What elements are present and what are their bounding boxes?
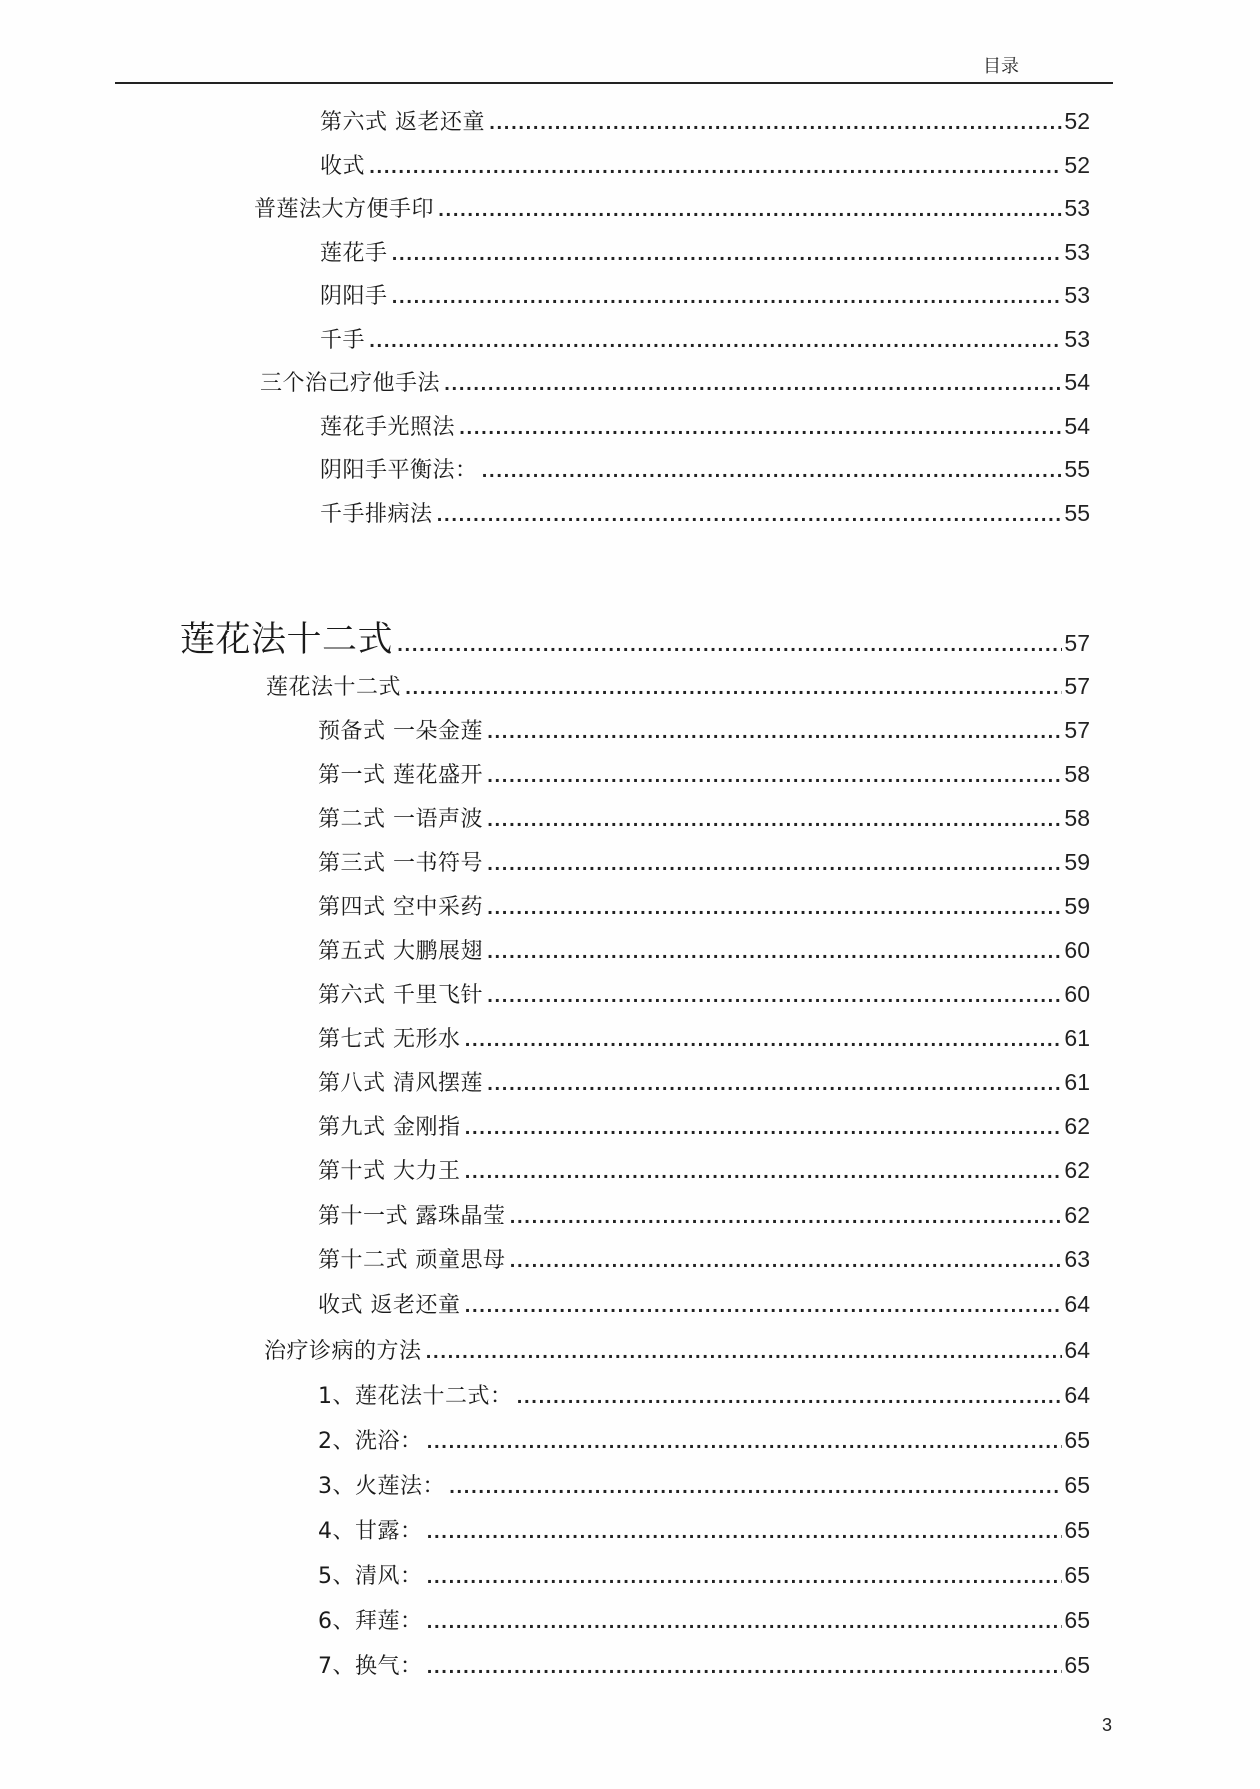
dot-leader <box>465 1119 1063 1138</box>
dot-leader <box>487 723 1062 742</box>
dot-leader <box>487 1075 1062 1094</box>
toc-entry-title: 预备式 一朵金莲 <box>318 714 483 745</box>
dot-leader <box>369 158 1062 177</box>
toc-entry-page: 62 <box>1064 1113 1090 1140</box>
toc-entry[interactable]: 莲花法十二式 57 <box>266 670 1090 701</box>
toc-entry-title: 千手 <box>320 323 365 354</box>
dot-leader <box>487 855 1062 874</box>
dot-leader <box>487 811 1062 830</box>
toc-entry-title: 第一式 莲花盛开 <box>318 758 483 789</box>
toc-entry-title: 第二式 一语声波 <box>318 802 483 833</box>
document-page: 目录 第六式 返老还童 52 收式 52 普莲法大方便手印 53 莲花手 53 … <box>0 0 1260 1789</box>
dot-leader <box>482 462 1063 481</box>
toc-entry[interactable]: 第五式 大鹏展翅 60 <box>318 934 1090 965</box>
dot-leader <box>426 1343 1063 1362</box>
toc-entry-page: 63 <box>1064 1246 1090 1273</box>
toc-entry[interactable]: 5、清风： 65 <box>318 1559 1090 1590</box>
toc-entry-title: 1、莲花法十二式： <box>318 1379 513 1410</box>
dot-leader <box>444 375 1062 394</box>
toc-entry[interactable]: 第四式 空中采药 59 <box>318 890 1090 921</box>
toc-entry-page: 54 <box>1064 413 1090 440</box>
toc-entry-title: 第四式 空中采药 <box>318 890 483 921</box>
toc-entry[interactable]: 收式 52 <box>320 149 1090 180</box>
toc-entry-page: 62 <box>1064 1157 1090 1184</box>
toc-entry-title: 第八式 清风摆莲 <box>318 1066 483 1097</box>
dot-leader <box>465 1031 1063 1050</box>
toc-entry-title: 莲花法十二式 <box>266 670 401 701</box>
toc-entry-title: 三个治己疗他手法 <box>260 366 440 397</box>
dot-leader <box>427 1613 1063 1632</box>
dot-leader <box>427 1523 1063 1542</box>
toc-entry-title: 第十二式 顽童思母 <box>318 1243 506 1274</box>
toc-entry-title: 第九式 金刚指 <box>318 1110 461 1141</box>
toc-entry[interactable]: 预备式 一朵金莲 57 <box>318 714 1090 745</box>
dot-leader <box>369 332 1062 351</box>
toc-entry-page: 65 <box>1064 1427 1090 1454</box>
toc-entry-title: 莲花手光照法 <box>320 410 455 441</box>
toc-entry-page: 64 <box>1064 1291 1090 1318</box>
dot-leader <box>392 245 1063 264</box>
toc-entry[interactable]: 4、甘露： 65 <box>318 1514 1090 1545</box>
toc-entry-title: 莲花手 <box>320 236 388 267</box>
toc-entry[interactable]: 第十式 大力王 62 <box>318 1154 1090 1185</box>
toc-entry[interactable]: 治疗诊病的方法 64 <box>264 1334 1090 1365</box>
dot-leader <box>427 1568 1063 1587</box>
dot-leader <box>449 1478 1062 1497</box>
toc-entry-title: 治疗诊病的方法 <box>264 1334 422 1365</box>
toc-entry-title: 收式 返老还童 <box>318 1288 461 1319</box>
toc-entry-title: 第六式 千里飞针 <box>318 978 483 1009</box>
toc-entry-page: 55 <box>1064 500 1090 527</box>
toc-entry-page: 59 <box>1064 849 1090 876</box>
toc-entry-title: 2、洗浴： <box>318 1424 423 1455</box>
toc-entry[interactable]: 2、洗浴： 65 <box>318 1424 1090 1455</box>
dot-leader <box>392 288 1063 307</box>
running-header-title: 目录 <box>983 52 1019 78</box>
toc-entry-title: 千手排病法 <box>320 497 433 528</box>
toc-entry[interactable]: 第二式 一语声波 58 <box>318 802 1090 833</box>
toc-entry-title: 第五式 大鹏展翅 <box>318 934 483 965</box>
toc-entry-title: 阴阳手 <box>320 279 388 310</box>
toc-entry-page: 58 <box>1064 805 1090 832</box>
dot-leader <box>397 636 1062 655</box>
toc-entry-title: 收式 <box>320 149 365 180</box>
dot-leader <box>438 201 1062 220</box>
toc-entry[interactable]: 第八式 清风摆莲 61 <box>318 1066 1090 1097</box>
toc-chapter-entry[interactable]: 莲花法十二式 57 <box>180 612 1090 662</box>
dot-leader <box>465 1163 1063 1182</box>
toc-entry-page: 57 <box>1064 673 1090 700</box>
header-rule <box>115 82 1113 84</box>
toc-entry-page: 53 <box>1064 239 1090 266</box>
toc-entry-page: 64 <box>1064 1382 1090 1409</box>
dot-leader <box>459 419 1062 438</box>
toc-entry-page: 65 <box>1064 1472 1090 1499</box>
toc-entry-page: 52 <box>1064 108 1090 135</box>
toc-entry-page: 62 <box>1064 1202 1090 1229</box>
toc-entry-page: 61 <box>1064 1025 1090 1052</box>
toc-entry[interactable]: 收式 返老还童 64 <box>318 1288 1090 1319</box>
dot-leader <box>510 1252 1063 1271</box>
toc-entry[interactable]: 阴阳手平衡法： 55 <box>320 453 1090 484</box>
toc-entry-page: 55 <box>1064 456 1090 483</box>
toc-entry-title: 普莲法大方便手印 <box>254 192 434 223</box>
toc-entry-title: 3、火莲法： <box>318 1469 445 1500</box>
toc-entry[interactable]: 6、拜莲： 65 <box>318 1604 1090 1635</box>
dot-leader <box>487 899 1062 918</box>
toc-entry-page: 65 <box>1064 1607 1090 1634</box>
toc-entry-page: 54 <box>1064 369 1090 396</box>
dot-leader <box>437 506 1063 525</box>
toc-entry-title: 第七式 无形水 <box>318 1022 461 1053</box>
page-number: 3 <box>1102 1715 1112 1736</box>
toc-entry-title: 4、甘露： <box>318 1514 423 1545</box>
dot-leader <box>487 943 1062 962</box>
toc-entry-page: 57 <box>1064 717 1090 744</box>
toc-entry[interactable]: 1、莲花法十二式： 64 <box>318 1379 1090 1410</box>
toc-entry-page: 57 <box>1064 630 1090 657</box>
dot-leader <box>405 679 1062 698</box>
toc-entry-page: 52 <box>1064 152 1090 179</box>
toc-entry-page: 53 <box>1064 326 1090 353</box>
toc-entry-page: 53 <box>1064 282 1090 309</box>
toc-entry-title: 第十式 大力王 <box>318 1154 461 1185</box>
toc-entry-title: 第三式 一书符号 <box>318 846 483 877</box>
toc-entry-title: 阴阳手平衡法： <box>320 453 478 484</box>
toc-entry-page: 61 <box>1064 1069 1090 1096</box>
toc-entry[interactable]: 莲花手光照法 54 <box>320 410 1090 441</box>
dot-leader <box>427 1433 1063 1452</box>
toc-entry-title: 5、清风： <box>318 1559 423 1590</box>
toc-entry[interactable]: 第九式 金刚指 62 <box>318 1110 1090 1141</box>
toc-entry[interactable]: 第一式 莲花盛开 58 <box>318 758 1090 789</box>
toc-entry-title: 第六式 返老还童 <box>320 105 485 136</box>
dot-leader <box>517 1388 1063 1407</box>
toc-entry-page: 58 <box>1064 761 1090 788</box>
toc-entry[interactable]: 普莲法大方便手印 53 <box>254 192 1090 223</box>
toc-entry[interactable]: 第十二式 顽童思母 63 <box>318 1243 1090 1274</box>
toc-entry[interactable]: 三个治己疗他手法 54 <box>260 366 1090 397</box>
toc-entry[interactable]: 阴阳手 53 <box>320 279 1090 310</box>
toc-entry-title: 7、换气： <box>318 1649 423 1680</box>
toc-entry[interactable]: 第三式 一书符号 59 <box>318 846 1090 877</box>
dot-leader <box>465 1297 1063 1316</box>
dot-leader <box>489 114 1062 133</box>
toc-entry-page: 65 <box>1064 1562 1090 1589</box>
toc-chapter-title: 莲花法十二式 <box>180 612 393 662</box>
toc-entry-page: 59 <box>1064 893 1090 920</box>
toc-entry[interactable]: 千手排病法 55 <box>320 497 1090 528</box>
dot-leader <box>487 987 1062 1006</box>
toc-entry-page: 53 <box>1064 195 1090 222</box>
toc-entry-title: 第十一式 露珠晶莹 <box>318 1199 506 1230</box>
toc-entry[interactable]: 千手 53 <box>320 323 1090 354</box>
toc-entry[interactable]: 第六式 千里飞针 60 <box>318 978 1090 1009</box>
toc-entry[interactable]: 7、换气： 65 <box>318 1649 1090 1680</box>
dot-leader <box>510 1208 1063 1227</box>
toc-entry-page: 65 <box>1064 1652 1090 1679</box>
toc-entry-title: 6、拜莲： <box>318 1604 423 1635</box>
toc-entry-page: 64 <box>1064 1337 1090 1364</box>
toc-entry[interactable]: 第六式 返老还童 52 <box>320 105 1090 136</box>
toc-entry[interactable]: 莲花手 53 <box>320 236 1090 267</box>
toc-entry-page: 60 <box>1064 981 1090 1008</box>
dot-leader <box>487 767 1062 786</box>
toc-entry-page: 65 <box>1064 1517 1090 1544</box>
toc-entry[interactable]: 3、火莲法： 65 <box>318 1469 1090 1500</box>
toc-entry[interactable]: 第十一式 露珠晶莹 62 <box>318 1199 1090 1230</box>
dot-leader <box>427 1658 1063 1677</box>
toc-entry[interactable]: 第七式 无形水 61 <box>318 1022 1090 1053</box>
toc-entry-page: 60 <box>1064 937 1090 964</box>
